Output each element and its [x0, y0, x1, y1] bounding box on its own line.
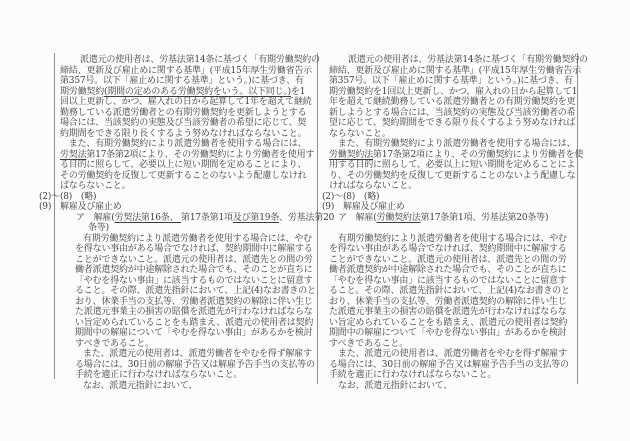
text-segment: また、有期労働契約により派遣労働者を使用する場合には、	[60, 139, 306, 149]
revised-text-segment: 労働契約法	[377, 213, 421, 223]
text-segment: 条等)	[88, 223, 109, 233]
text-line: 派遣元の使用者は、労基法第14条に基づく「有期労働契約の	[39, 55, 317, 66]
text-segment: 期労働契約	[60, 87, 104, 97]
text-segment: い旨定められていることをも踏まえ、派遣元の使用者は契約	[75, 318, 313, 328]
text-segment: おり、休業手当の支払等、労働者派遣契約の解除に伴い生じ	[75, 297, 313, 307]
text-line: た派遣元事業主の損害の賠償を派遣先が行わなければならな	[39, 307, 317, 318]
revised-text-segment: 労契法	[60, 150, 86, 160]
text-line: 有期労働契約により派遣労働者を使用する場合には、やむ	[39, 234, 317, 245]
revised-text-segment: 労契法第16条、	[115, 213, 182, 223]
text-line: 派遣元の使用者は、労基法第14条に基づく「有期労働契約の	[322, 55, 580, 66]
text-line: すべきであること。	[39, 339, 317, 350]
text-line: ければならないこと。	[322, 181, 580, 192]
text-segment: 第357号。以下「雇止めに関する基準」という。)に基づき、有	[329, 76, 573, 86]
text-line: 用する目的に照らして、必要以上に短い期間を定めることによ	[322, 160, 580, 171]
text-line: 手続を適正に行わなければならないこと。	[39, 370, 317, 381]
text-segment: 第17条第1項、労基法第20条等)	[421, 213, 549, 223]
text-segment: (2)～(8) (略)	[39, 192, 96, 202]
text-segment: 年を超えて継続勤務している派遣労働者との有期労働契約を更	[329, 97, 575, 107]
text-line: 締結、更新及び雇止めに関する基準」(平成15年厚生労働省告示	[39, 66, 317, 77]
text-segment: また、派遣元の使用者は、派遣労働者をやむを得ず解雇す	[83, 349, 312, 359]
text-line: (9) 解雇及び雇止め	[39, 202, 317, 213]
text-line: 条等)	[39, 223, 317, 234]
text-segment: を得ない事由がある場合でなければ、契約期間中に解雇する	[329, 244, 567, 254]
text-segment: 新しようとする場合には、当該契約の実態及び当該労働者の希	[329, 108, 575, 118]
text-line: また、派遣元の使用者は、派遣労働者をやむを得ず解雇す	[39, 349, 317, 360]
text-line: 約期間をできる限り長くするよう努めなければならないこと。	[39, 129, 317, 140]
text-line: 「やむを得ない事由」に該当するものではないことに留意す	[322, 276, 580, 287]
text-line: 有期労働契約により派遣労働者を使用する場合には、やむ	[322, 234, 580, 245]
text-line: (2)～(8) (略)	[39, 192, 317, 203]
text-line: ること。その際、派遣先指針において、上記(4)なお書きのと	[322, 286, 580, 297]
text-line: 手続を適正に行わなければならないこと。	[322, 370, 580, 381]
text-segment: なお、派遣元指針において、	[83, 381, 197, 391]
text-line: 望に応じて、契約期間をできる限り長くするよう努めなければ	[322, 118, 580, 129]
text-segment: い旨定められていることをも踏まえ、派遣元の使用者は契約	[329, 318, 567, 328]
text-line: ア 解雇(労契法第16条、 第17条第1項及び第19条、労基法第20	[39, 213, 317, 224]
text-segment: ことができないこと。派遣元の使用者は、派遣先との間の労	[329, 255, 567, 265]
text-segment: 場合には、当該契約の実態及び当該労働者の希望に応じて、契	[60, 118, 306, 128]
text-line: い旨定められていることをも踏まえ、派遣元の使用者は契約	[322, 318, 580, 329]
text-line: 期間中の解雇について「やむを得ない事由」があるかを検討	[322, 328, 580, 339]
text-line: なお、派遣元指針において、	[39, 381, 317, 392]
text-line: ならないこと。	[322, 129, 580, 140]
text-segment: 派遣元の使用者は、労基法第14条に基づく「有期労働契約の	[348, 55, 588, 65]
text-segment: る場合には、30日前の解雇予告又は解雇予告手当の支払等の	[329, 360, 569, 370]
text-segment: ること。その際、派遣先指針において、上記(4)なお書きのと	[329, 286, 570, 296]
text-segment: (2)～(8) (略)	[322, 192, 379, 202]
text-line: 年を超えて継続勤務している派遣労働者との有期労働契約を更	[322, 97, 580, 108]
text-segment: 有期労働契約により派遣労働者を使用する場合には、やむ	[83, 234, 312, 244]
text-segment: た派遣元事業主の損害の賠償を派遣先が行わなければならな	[75, 307, 313, 317]
text-line: を得ない事由がある場合でなければ、契約期間中に解雇する	[322, 244, 580, 255]
text-segment: ア 解雇(	[76, 213, 115, 223]
text-line: すべきであること。	[322, 339, 580, 350]
text-line: 第357号。以下「雇止めに関する基準」という。)に基づき、有	[39, 76, 317, 87]
text-segment: 期間中の解雇について「やむを得ない事由」があるかを検討	[329, 328, 566, 338]
text-line: おり、休業手当の支払等、労働者派遣契約の解除に伴い生じ	[322, 297, 580, 308]
text-line: 「やむを得ない事由」に該当するものではないことに留意す	[39, 276, 317, 287]
text-line: なお、派遣元指針において、	[322, 381, 580, 392]
column-left-revised-text: 派遣元の使用者は、労基法第14条に基づく「有期労働契約の締結、更新及び雇止めに関…	[39, 55, 317, 391]
revised-text-segment: 及び第19条	[233, 213, 279, 223]
text-segment: ならないこと。	[329, 129, 391, 139]
text-segment: た派遣元事業主の損害の賠償を派遣先が行わなければならな	[329, 307, 567, 317]
text-segment: すべきであること。	[75, 339, 154, 349]
text-segment: 用する目的に照らして、必要以上に短い期間を定めることによ	[329, 160, 575, 170]
text-segment: ばならないこと。	[60, 181, 130, 191]
text-segment: 第17条第1項	[181, 213, 233, 223]
text-line: る目的に照らして、必要以上に短い期間を定めることにより、	[39, 160, 317, 171]
text-segment: また、有期労働契約により派遣労働者を使用する場合には、	[329, 139, 575, 149]
text-segment: 手続を適正に行わなければならないこと。	[329, 370, 496, 380]
text-line: い旨定められていることをも踏まえ、派遣元の使用者は契約	[39, 318, 317, 329]
text-line: ことができないこと。派遣元の使用者は、派遣先との間の労	[39, 255, 317, 266]
text-segment: ア 解雇(	[338, 213, 377, 223]
text-line: また、派遣元の使用者は、派遣労働者をやむを得ず解雇す	[322, 349, 580, 360]
text-segment: 締結、更新及び雇止めに関する基準」(平成15年厚生労働省告示	[329, 66, 581, 76]
text-segment: 第17条第2項により、その労働契約により労働者を使用す	[86, 150, 314, 160]
text-segment: ること。その際、派遣先指針において、上記(4)なお書きのと	[75, 286, 316, 296]
text-line: 労契法第17条第2項により、その労働契約により労働者を使用す	[39, 150, 317, 161]
text-line: 期間中の解雇について「やむを得ない事由」があるかを検討	[39, 328, 317, 339]
text-line: 回以上更新し、かつ、雇入れの日から起算して1年を超えて継続	[39, 97, 317, 108]
text-segment: ことができないこと。派遣元の使用者は、派遣先との間の労	[75, 255, 313, 265]
text-line: 第357号。以下「雇止めに関する基準」という。)に基づき、有	[322, 76, 580, 87]
text-segment: り、その労働契約を反復して更新することのないよう配慮しな	[329, 171, 575, 181]
text-line: 勤務している派遣労働者との有期労働契約を更新しようとする	[39, 108, 317, 119]
text-line: ことができないこと。派遣元の使用者は、派遣先との間の労	[322, 255, 580, 266]
text-segment: 手続を適正に行わなければならないこと。	[75, 370, 242, 380]
text-line: た派遣元事業主の損害の賠償を派遣先が行わなければならな	[322, 307, 580, 318]
text-line: また、有期労働契約により派遣労働者を使用する場合には、	[322, 139, 580, 150]
text-line	[322, 223, 580, 234]
text-line: 新しようとする場合には、当該契約の実態及び当該労働者の希	[322, 108, 580, 119]
text-segment: ければならないこと。	[329, 181, 417, 191]
text-segment: おり、休業手当の支払等、労働者派遣契約の解除に伴い生じ	[329, 297, 567, 307]
text-segment: を1	[291, 87, 305, 97]
text-segment: 第357号。以下「雇止めに関する基準」という。)に基づき、有	[60, 76, 304, 86]
text-segment: また、派遣元の使用者は、派遣労働者をやむを得ず解雇す	[338, 349, 567, 359]
revised-text-segment: 労働契約法	[329, 150, 373, 160]
revised-text-segment: (期間の定めのある労働契約をいう。以下同じ。)	[104, 87, 291, 97]
text-segment: 期間中の解雇について「やむを得ない事由」があるかを検討	[75, 328, 312, 338]
text-segment: 派遣元の使用者は、労基法第14条に基づく「有期労働契約の	[80, 55, 320, 65]
text-line: 期労働契約(期間の定めのある労働契約をいう。以下同じ。)を1	[39, 87, 317, 98]
text-line: 働者派遣契約が中途解除された場合でも、そのことが直ちに	[322, 265, 580, 276]
text-segment: 「やむを得ない事由」に該当するものではないことに留意す	[75, 276, 313, 286]
text-line: 労働契約法第17条第2項により、その労働契約により労働者を使	[322, 150, 580, 161]
text-line: その労働契約を反復して更新することのないよう配慮しなけれ	[39, 171, 317, 182]
text-segment: る場合には、30日前の解雇予告又は解雇予告手当の支払等の	[75, 360, 315, 370]
text-segment: 働者派遣契約が中途解除された場合でも、そのことが直ちに	[75, 265, 313, 275]
text-segment: 有期労働契約により派遣労働者を使用する場合には、やむ	[338, 234, 567, 244]
text-segment: (9) 解雇及び雇止め	[39, 202, 122, 212]
text-segment: 勤務している派遣労働者との有期労働契約を更新しようとする	[60, 108, 306, 118]
text-line: 働者派遣契約が中途解除された場合でも、そのことが直ちに	[39, 265, 317, 276]
text-segment: 望に応じて、契約期間をできる限り長くするよう努めなければ	[329, 118, 575, 128]
text-line: おり、休業手当の支払等、労働者派遣契約の解除に伴い生じ	[39, 297, 317, 308]
text-line: る場合には、30日前の解雇予告又は解雇予告手当の支払等の	[322, 360, 580, 371]
text-segment: 第17条第2項により、その労働契約により労働者を使	[373, 150, 583, 160]
text-line: ること。その際、派遣先指針において、上記(4)なお書きのと	[39, 286, 317, 297]
text-line: ア 解雇(労働契約法第17条第1項、労基法第20条等)	[322, 213, 580, 224]
text-segment: なお、派遣元指針において、	[338, 381, 452, 391]
text-segment: 回以上更新し、かつ、雇入れの日から起算して1年を超えて継続	[60, 97, 312, 107]
text-line: 締結、更新及び雇止めに関する基準」(平成15年厚生労働省告示	[322, 66, 580, 77]
text-line: 期労働契約を1回以上更新し、かつ、雇入れの日から起算して1	[322, 87, 580, 98]
text-line: を得ない事由がある場合でなければ、契約期間中に解雇する	[39, 244, 317, 255]
text-segment: を得ない事由がある場合でなければ、契約期間中に解雇する	[75, 244, 313, 254]
text-segment: 期労働契約を1回以上更新し、かつ、雇入れの日から起算して1	[329, 87, 577, 97]
text-line: (2)～(8) (略)	[322, 192, 580, 203]
text-line: ばならないこと。	[39, 181, 317, 192]
text-segment: (9) 解雇及び雇止め	[322, 202, 405, 212]
text-line: また、有期労働契約により派遣労働者を使用する場合には、	[39, 139, 317, 150]
text-segment: 「やむを得ない事由」に該当するものではないことに留意す	[329, 276, 567, 286]
text-segment: 約期間をできる限り長くするよう努めなければならないこと。	[60, 129, 306, 139]
text-line: り、その労働契約を反復して更新することのないよう配慮しな	[322, 171, 580, 182]
column-right-current-text: 派遣元の使用者は、労基法第14条に基づく「有期労働契約の締結、更新及び雇止めに関…	[322, 55, 580, 391]
text-segment: る目的に照らして、必要以上に短い期間を定めることにより、	[60, 160, 306, 170]
document-page: 派遣元の使用者は、労基法第14条に基づく「有期労働契約の締結、更新及び雇止めに関…	[0, 0, 630, 441]
text-segment: 締結、更新及び雇止めに関する基準」(平成15年厚生労働省告示	[60, 66, 312, 76]
text-line: る場合には、30日前の解雇予告又は解雇予告手当の支払等の	[39, 360, 317, 371]
text-segment: その労働契約を反復して更新することのないよう配慮しなけれ	[60, 171, 306, 181]
text-line: 場合には、当該契約の実態及び当該労働者の希望に応じて、契	[39, 118, 317, 129]
text-segment: すべきであること。	[329, 339, 408, 349]
text-segment: 働者派遣契約が中途解除された場合でも、そのことが直ちに	[329, 265, 567, 275]
text-line: (9) 解雇及び雇止め	[322, 202, 580, 213]
